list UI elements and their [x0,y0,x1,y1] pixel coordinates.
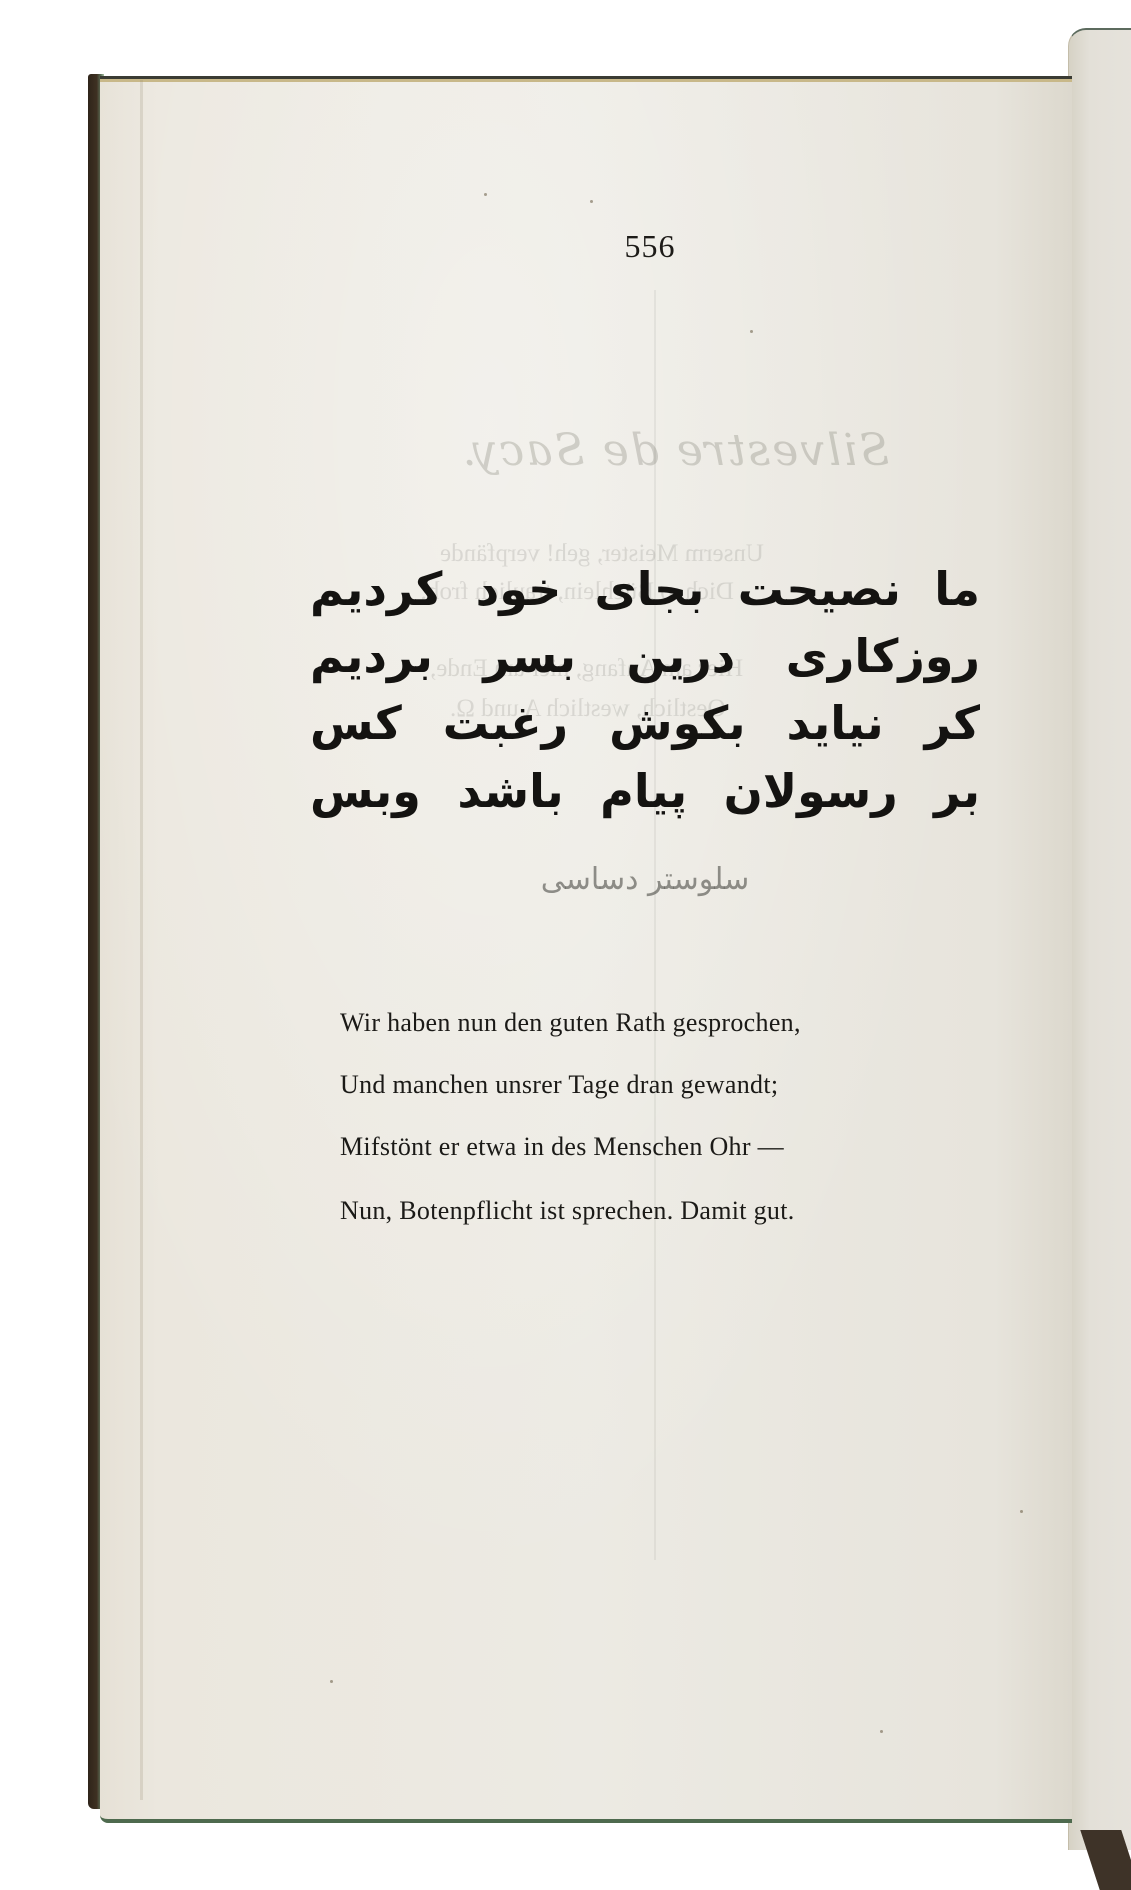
persian-verse-line: کر نیاید بکوش رغبت کس [310,700,980,746]
show-through-title: Silvestre de Sacy. [440,425,910,476]
page-fold-shadow [140,80,143,1800]
facing-page-edge [1068,28,1131,1850]
paper-speck [590,200,593,203]
german-verse-line: Nun, Botenpflicht ist sprechen. Damit gu… [340,1196,940,1226]
paper-speck [330,1680,333,1683]
book-page [100,76,1072,1823]
page-number: 556 [600,228,700,265]
facing-board-edge [1080,1830,1131,1890]
signature: سلوستر دساسی [495,862,795,897]
german-verse-line: Mifstönt er etwa in des Menschen Ohr — [340,1132,940,1162]
show-through-column-rule [654,290,656,1560]
paper-speck [880,1730,883,1733]
german-verse-line: Wir haben nun den guten Rath gesprochen, [340,1008,940,1038]
persian-verse-line: روزکاری درین بسر بردیم [310,633,980,679]
paper-speck [484,193,487,196]
paper-speck [750,330,753,333]
paper-speck [1020,1510,1023,1513]
persian-verse-line: ما نصیحت بجای خود کردیم [310,566,980,612]
german-verse-line: Und manchen unsrer Tage dran gewandt; [340,1070,940,1100]
persian-verse-line: بر رسولان پیام باشد وبس [310,768,980,814]
